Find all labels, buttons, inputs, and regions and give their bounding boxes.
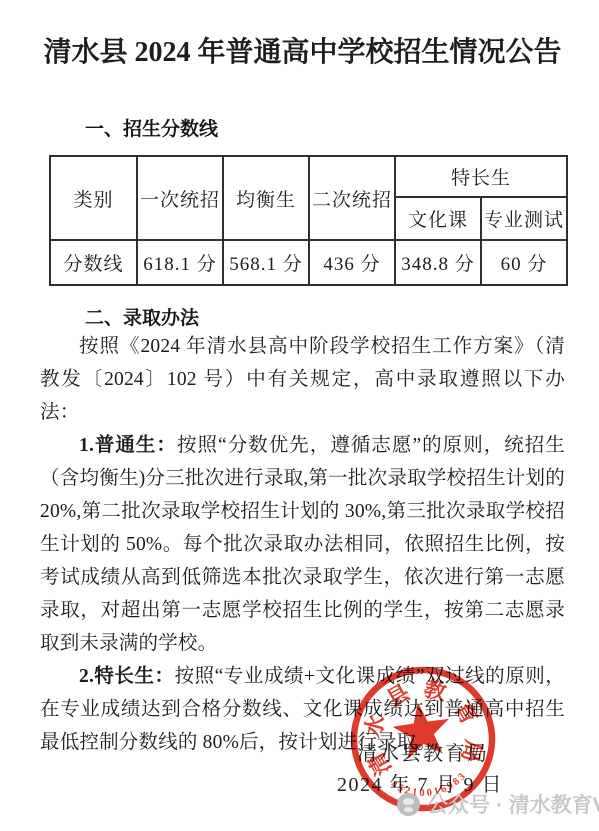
table-row: 分数线 618.1 分 568.1 分 436 分 348.8 分 60 分 <box>50 240 567 285</box>
score-table: 类别 一次统招 均衡生 二次统招 特长生 文化课 专业测试 分数线 618.1 … <box>49 155 568 286</box>
paragraph-lead-regular: 1.普通生： <box>79 435 177 456</box>
seal-ring-char: 教 <box>421 676 449 706</box>
seal-ring-char: 局 <box>457 737 487 764</box>
table-header-first-round: 一次统招 <box>137 156 223 240</box>
seal-ring-char: 清 <box>363 748 396 780</box>
score-balanced: 568.1 分 <box>223 240 309 285</box>
table-header-special-students: 特长生 <box>395 156 567 197</box>
table-header-second-round: 二次统招 <box>309 156 395 240</box>
score-second-round: 436 分 <box>309 240 395 285</box>
table-header-culture-course: 文化课 <box>395 197 481 240</box>
wechat-account-logo-icon <box>397 793 420 816</box>
watermark: 公众号 · 清水教育V <box>397 789 599 819</box>
paragraph-intro: 按照《2024 年清水县高中阶段学校招生工作方案》（清教发〔2024〕102 号… <box>40 330 565 429</box>
page-title: 清水县 2024 年普通高中学校招生情况公告 <box>40 30 565 70</box>
table-header-category: 类别 <box>50 156 137 240</box>
seal-ring-char: 水 <box>360 712 390 740</box>
table-header-balanced: 均衡生 <box>223 156 309 240</box>
section-heading-methods: 二、录取办法 <box>40 303 565 330</box>
paragraph-lead-special: 2.特长生： <box>79 666 175 687</box>
document-page: 清水县 2024 年普通高中学校招生情况公告 一、招生分数线 类别 一次统招 均… <box>0 0 599 831</box>
score-culture-course: 348.8 分 <box>395 240 481 285</box>
table-header-professional-test: 专业测试 <box>481 197 567 240</box>
score-professional-test: 60 分 <box>481 240 567 285</box>
paragraph-text-regular: 按照“分数优先，遵循志愿”的原则，统招生（含均衡生)分三批次进行录取,第一批次录… <box>40 435 565 654</box>
score-first-round: 618.1 分 <box>137 240 223 285</box>
paragraph-regular-students: 1.普通生：按照“分数优先，遵循志愿”的原则，统招生（含均衡生)分三批次进行录取… <box>40 429 565 660</box>
watermark-text: 公众号 · 清水教育V <box>427 789 599 819</box>
seal-ring-char: 县 <box>382 679 414 712</box>
section-heading-scores: 一、招生分数线 <box>40 114 565 141</box>
seal-ring-char: 育 <box>449 697 482 729</box>
row-label-score-line: 分数线 <box>50 240 137 285</box>
